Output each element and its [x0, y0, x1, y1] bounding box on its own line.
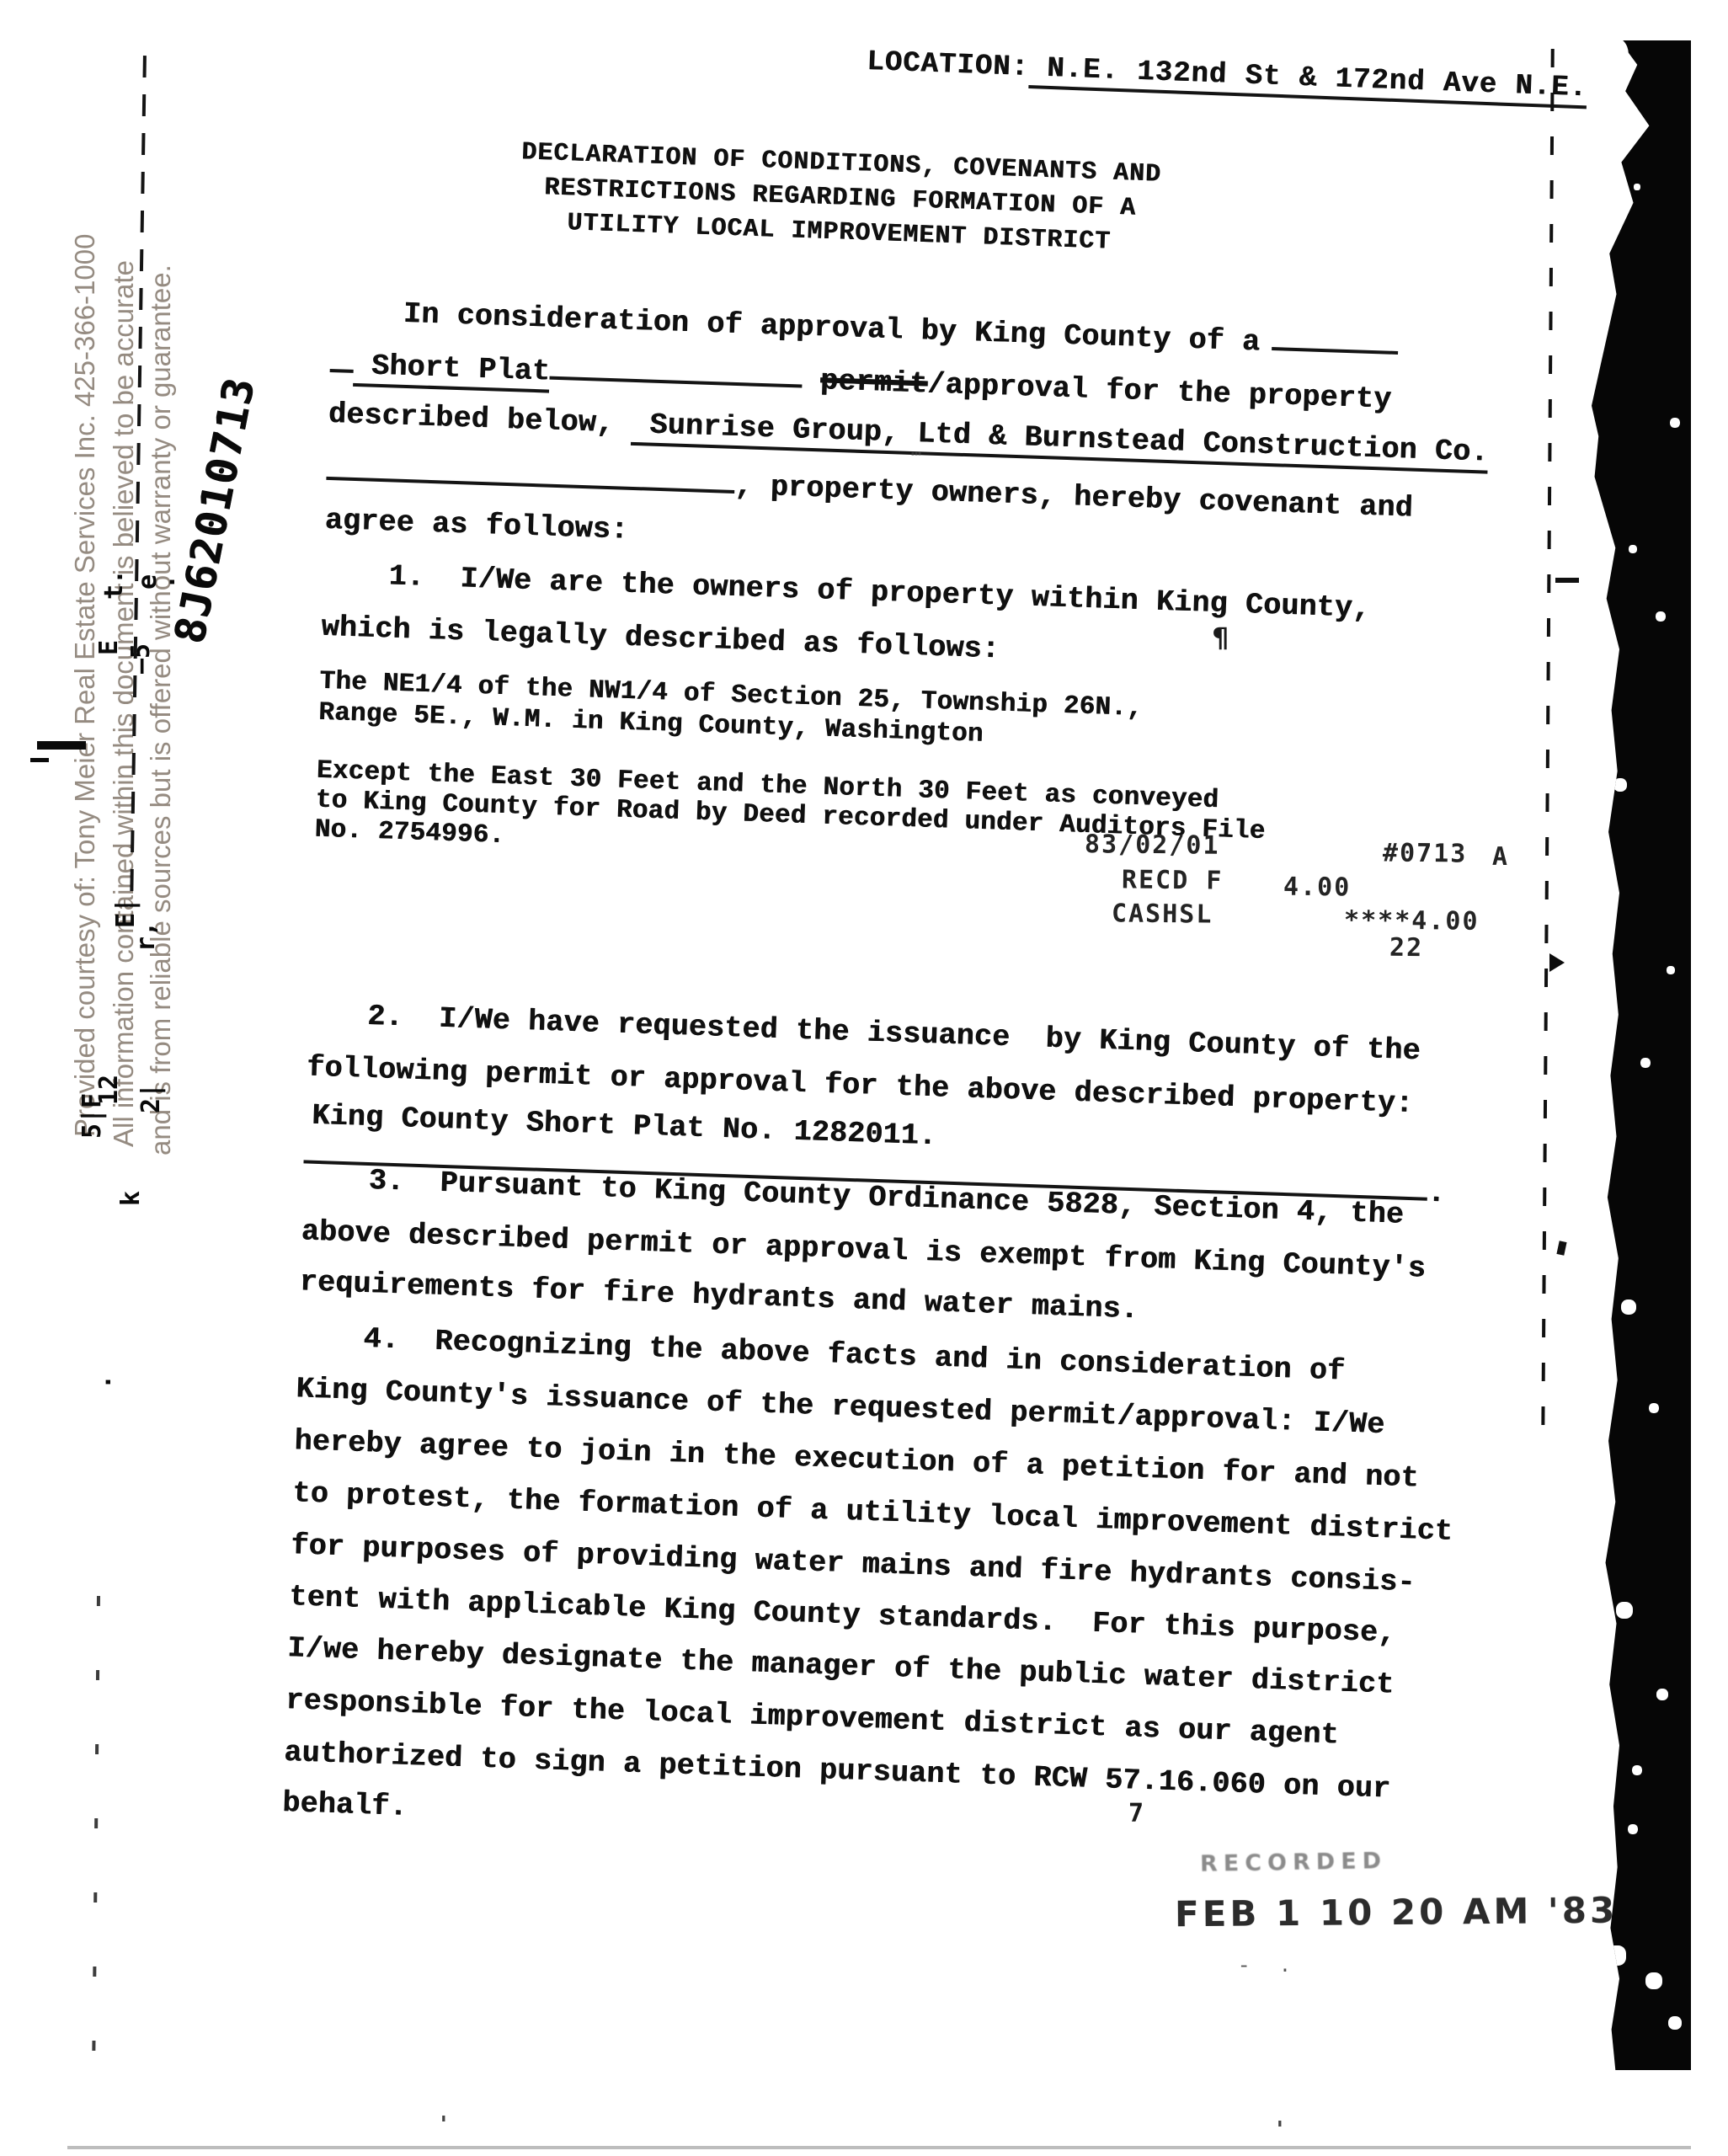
type-fragment: k: [116, 1191, 146, 1206]
margin-recording-number: 8J62010713: [165, 373, 264, 648]
blank-underline: [326, 451, 735, 494]
type-fragment: E: [94, 640, 124, 655]
type-fragment: —5: [126, 643, 156, 674]
handwritten-dash-mark: [37, 741, 86, 750]
right-margin-ink-blob: [1556, 1241, 1566, 1256]
type-fragment: 5|F: [77, 1093, 107, 1139]
document-body: In consideration of approval by King Cou…: [281, 286, 1511, 1874]
handwritten-dash-mark-small: [30, 758, 49, 762]
owner-names: Sunrise Group, Ltd & Burnstead Construct…: [631, 408, 1489, 474]
stray-pilcrow-mark: ¶: [1213, 622, 1229, 654]
struck-word-permit: permit: [819, 364, 927, 401]
location-value: N.E. 132nd St & 172nd Ave N.E.: [1028, 52, 1588, 109]
blank-underline: [550, 351, 803, 388]
right-margin-arrow-mark: [1549, 953, 1565, 972]
scanner-edge-notch: [1593, 34, 1634, 78]
stray-seven-mark: 7: [1128, 1799, 1144, 1828]
para3-line-3: requirements for fire hydrants and water…: [299, 1265, 1139, 1326]
watermark-line-1: Provided courtesy of: Tony Meier Real Es…: [69, 234, 101, 1137]
type-fragment: r,: [131, 921, 161, 952]
location-label: LOCATION:: [867, 46, 1030, 84]
stray-tick: ': [1273, 2117, 1287, 2143]
recorded-stamp-marks: - .: [1238, 1956, 1299, 1978]
fee-stamp-suffix: A: [1492, 842, 1509, 872]
right-margin-dash-mark: [1555, 578, 1579, 583]
type-fragment: t.: [99, 569, 129, 600]
scanner-edge-strip: [1592, 40, 1691, 2070]
blank-underline: [330, 344, 355, 373]
legal-except-line-3: No. 2754996.: [314, 815, 505, 851]
stray-dots: ⋯: [911, 443, 921, 463]
type-fragment: 2|: [136, 1083, 166, 1113]
watermark-line-3: and is from reliable sources but is offe…: [145, 264, 177, 1155]
type-fragment: ·: [158, 574, 188, 590]
recorded-stamp-date: FEB 1 10 20 AM '83: [1175, 1890, 1619, 1935]
right-margin-dash-line: [1541, 49, 1555, 1438]
para1-line-1: 1. I/We are the owners of property withi…: [388, 559, 1371, 626]
bottom-scan-smudge: [67, 2146, 1691, 2149]
stray-tick: ': [437, 2112, 451, 2137]
scanned-document-page: LOCATION: N.E. 132nd St & 172nd Ave N.E.…: [0, 0, 1728, 2156]
para4-line-10: behalf.: [282, 1786, 408, 1824]
left-margin-dash-line-lower: [92, 1596, 100, 2080]
location-line: LOCATION: N.E. 132nd St & 172nd Ave N.E.: [867, 46, 1588, 104]
blank-underline: [1272, 322, 1399, 355]
scan-speckles: [1634, 184, 1640, 190]
document-title: DECLARATION OF CONDITIONS, COVENANTS AND…: [489, 135, 1192, 263]
type-fragment: ·: [94, 1374, 124, 1390]
recorded-stamp-line: RECORDED: [1200, 1848, 1388, 1877]
para1-line-2: which is legally described as follows:: [321, 611, 1000, 667]
intro-line-5: agree as follows:: [324, 504, 629, 547]
